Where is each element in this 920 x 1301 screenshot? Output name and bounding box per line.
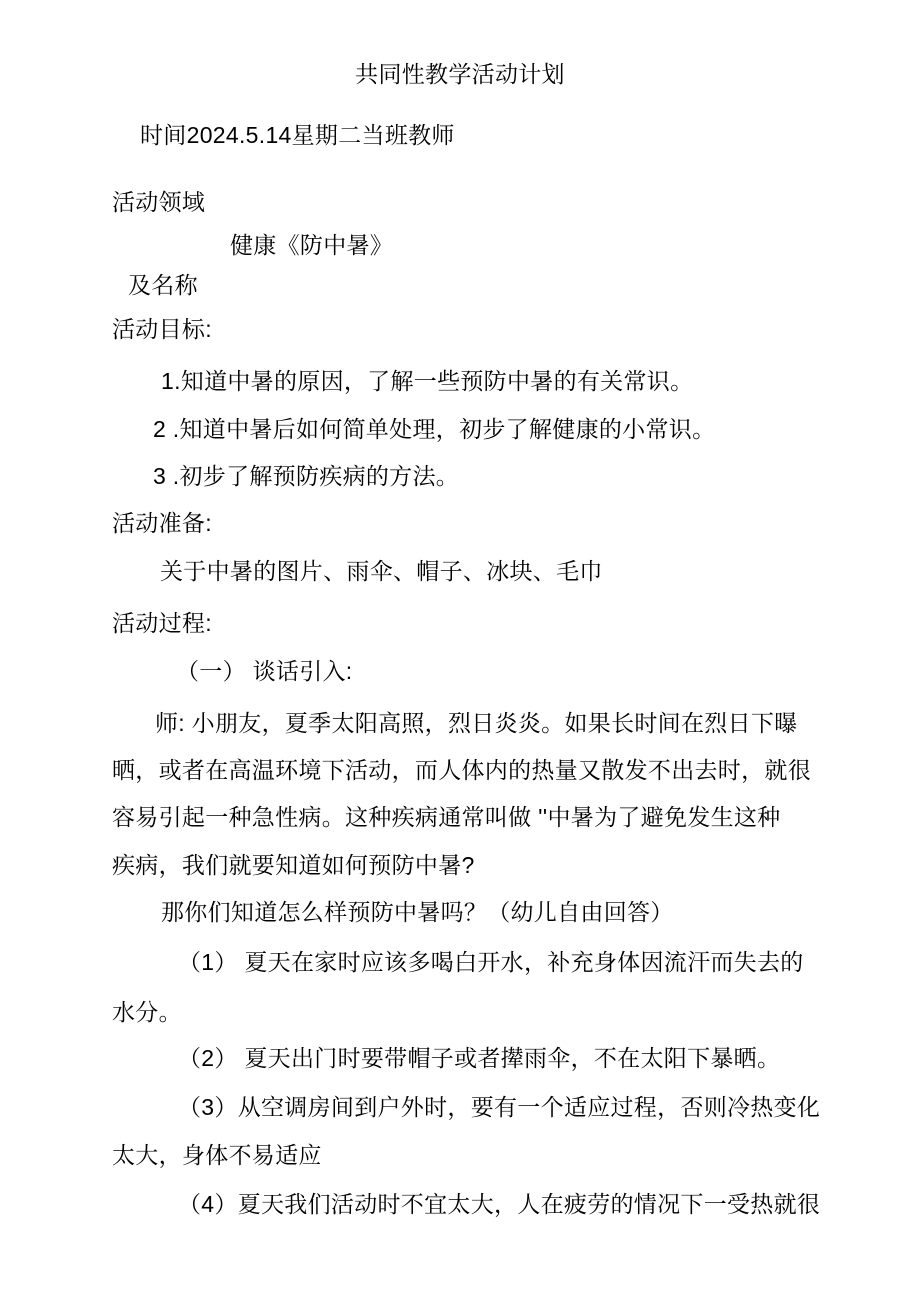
field-activity-domain-label: 活动领域 — [112, 190, 205, 214]
tip-2-line: （2） 夏天出门时要带帽子或者撵雨伞，不在太阳下暴晒。 — [178, 1046, 780, 1070]
teacher-speech-line-3: 容易引起一种急性病。这种疾病通常叫做 ''中暑为了避免发生这种 — [112, 805, 780, 829]
goal-item-1: 1.知道中暑的原因，了解一些预防中暑的有关常识。 — [161, 369, 693, 393]
tip-1-line-1: （1） 夏天在家时应该多喝白开水，补充身体因流汗而失去的 — [178, 950, 804, 974]
question-line: 那你们知道怎么样预防中暑吗？（幼儿自由回答） — [161, 900, 674, 924]
teacher-speech-line-2: 晒，或者在高温环境下活动，而人体内的热量又散发不出去时，就很 — [112, 758, 811, 782]
process-section-1-heading: （一） 谈话引入: — [176, 659, 352, 683]
heading-activity-goals: 活动目标: — [112, 317, 212, 341]
document-page: 共同性教学活动计划 时间2024.5.14星期二当班教师 活动领域 健康《防中暑… — [0, 0, 920, 1301]
heading-activity-process: 活动过程: — [112, 611, 212, 635]
goal-item-2: 2 .知道中暑后如何简单处理，初步了解健康的小常识。 — [153, 417, 715, 441]
teacher-speech-line-4: 疾病，我们就要知道如何预防中暑? — [112, 853, 475, 877]
doc-title: 共同性教学活动计划 — [0, 62, 920, 86]
tip-3-line-2: 太大，身体不易适应 — [112, 1143, 322, 1167]
field-activity-name-label: 及名称 — [128, 273, 198, 297]
tip-4-line-1: （4）夏天我们活动时不宜太大，人在疲劳的情况下一受热就很 — [178, 1192, 820, 1216]
tip-1-line-2: 水分。 — [112, 1000, 182, 1024]
field-activity-name-value: 健康《防中暑》 — [230, 233, 393, 257]
teacher-speech-line-1: 师: 小朋友，夏季太阳高照，烈日炎炎。如果长时间在烈日下曝 — [155, 711, 797, 735]
heading-activity-preparation: 活动准备: — [112, 511, 212, 535]
tip-3-line-1: （3）从空调房间到户外时，要有一个适应过程，否则冷热变化 — [178, 1095, 820, 1119]
preparation-items: 关于中暑的图片、雨伞、帽子、冰块、毛巾 — [160, 559, 603, 583]
meta-time-teacher: 时间2024.5.14星期二当班教师 — [140, 123, 455, 147]
goal-item-3: 3 .初步了解预防疾病的方法。 — [153, 464, 459, 488]
